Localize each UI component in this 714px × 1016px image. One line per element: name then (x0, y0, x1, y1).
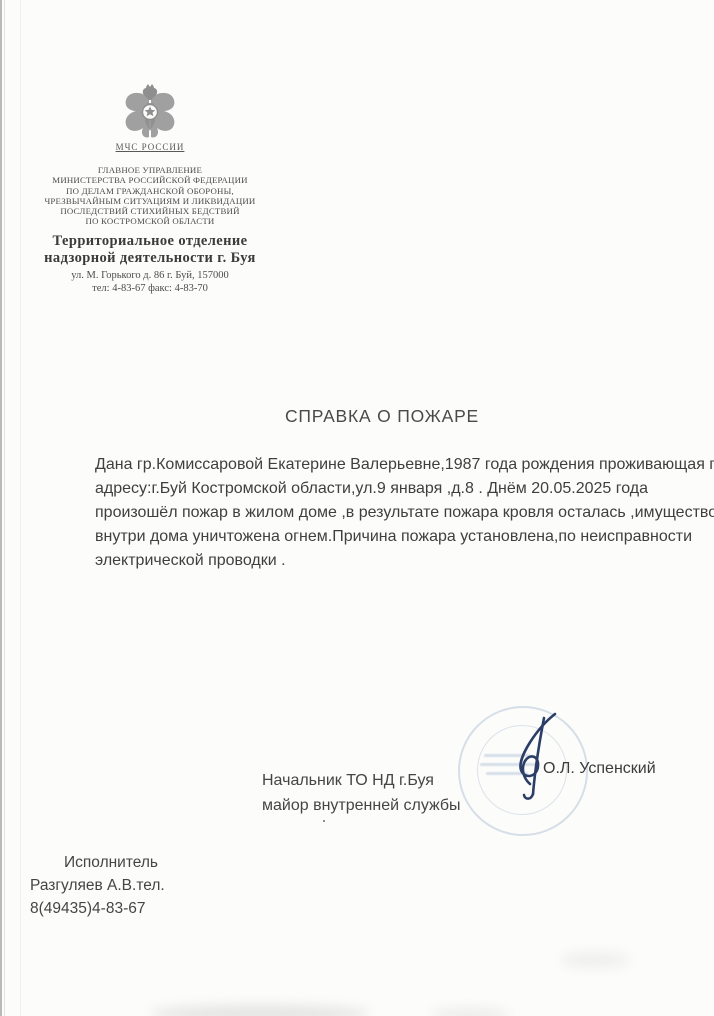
ministry-line: ЧРЕЗВЫЧАЙНЫМ СИТУАЦИЯМ И ЛИКВИДАЦИИ (28, 196, 272, 206)
scan-smudge (560, 952, 630, 968)
ministry-line: МИНИСТЕРСТВА РОССИЙСКОЙ ФЕДЕРАЦИИ (28, 175, 272, 185)
scanned-fire-certificate-page: МЧС РОССИИ ГЛАВНОЕ УПРАВЛЕНИЕ МИНИСТЕРСТ… (0, 0, 714, 1016)
emchs-eagle-emblem-icon (28, 84, 272, 138)
scan-edge-line (0, 0, 2, 1016)
executor-label: Исполнитель (30, 851, 165, 874)
emblem-caption: МЧС РОССИИ (28, 142, 272, 152)
scan-edge-line (20, 0, 21, 1016)
body-line: адресу:г.Буй Костромской области,ул.9 ян… (95, 477, 665, 501)
signer-position: Начальник ТО НД г.Буя майор внутренней с… (262, 768, 461, 818)
ministry-line: ПО ДЕЛАМ ГРАЖДАНСКОЙ ОБОРОНЫ, (28, 186, 272, 196)
ministry-line: ГЛАВНОЕ УПРАВЛЕНИЕ (28, 165, 272, 175)
letterhead: МЧС РОССИИ ГЛАВНОЕ УПРАВЛЕНИЕ МИНИСТЕРСТ… (28, 84, 272, 295)
signer-position-line: майор внутренней службы (262, 793, 461, 818)
scan-smudge (430, 1008, 510, 1016)
letterhead-phone: тел: 4-83-67 факс: 4-83-70 (28, 282, 272, 295)
body-line: произошёл пожар в жилом доме ,в результа… (95, 501, 665, 525)
body-line: Дана гр.Комиссаровой Екатерине Валерьевн… (95, 453, 665, 477)
handwritten-signature (497, 706, 569, 801)
executor-phone: 8(49435)4-83-67 (30, 897, 165, 920)
scan-smudge (150, 1005, 370, 1016)
division-line: надзорной деятельности г. Буя (28, 250, 272, 267)
ministry-name-block: ГЛАВНОЕ УПРАВЛЕНИЕ МИНИСТЕРСТВА РОССИЙСК… (28, 165, 272, 227)
ink-dot (323, 820, 325, 822)
executor-name: Разгуляев А.В.тел. (30, 874, 165, 897)
body-line: внутри дома уничтожена огнем.Причина пож… (95, 525, 665, 549)
document-body: Дана гр.Комиссаровой Екатерине Валерьевн… (95, 453, 665, 573)
signer-position-line: Начальник ТО НД г.Буя (262, 768, 461, 793)
body-line: электрической проводки . (95, 549, 665, 573)
scan-edge-line (4, 0, 5, 1016)
ministry-line: ПОСЛЕДСТВИЙ СТИХИЙНЫХ БЕДСТВИЙ (28, 206, 272, 216)
division-line: Территориальное отделение (28, 233, 272, 250)
document-title: СПРАВКА О ПОЖАРЕ (0, 406, 714, 427)
division-name: Территориальное отделение надзорной деят… (28, 233, 272, 267)
letterhead-address: ул. М. Горького д. 86 г. Буй, 157000 (28, 270, 272, 283)
ministry-line: ПО КОСТРОМСКОЙ ОБЛАСТИ (28, 216, 272, 226)
signer-name: О.Л. Успенский (543, 760, 656, 778)
executor-block: Исполнитель Разгуляев А.В.тел. 8(49435)4… (30, 851, 165, 920)
